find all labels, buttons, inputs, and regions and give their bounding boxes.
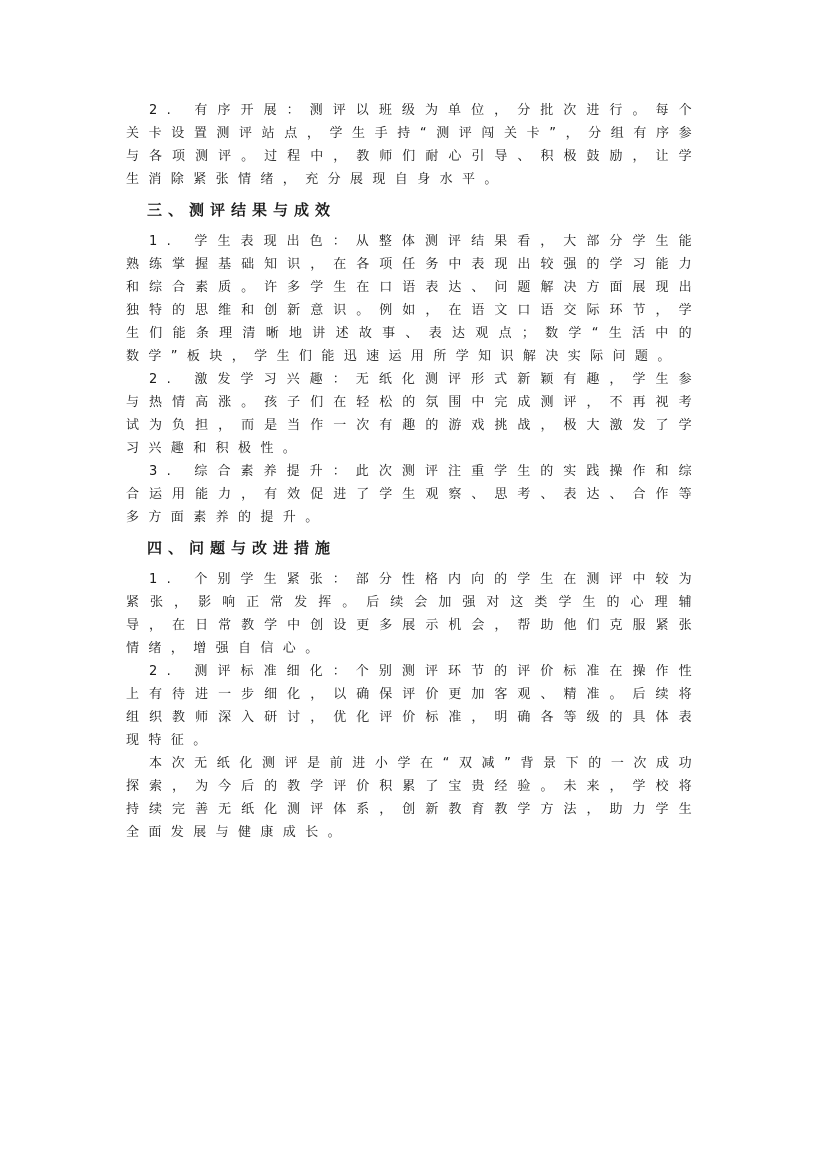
paragraph-orderly-conduct: 2. 有序开展：测评以班级为单位，分批次进行。每个关卡设置测评站点，学生手持“测… <box>126 99 701 191</box>
paragraph-literacy-improvement: 3. 综合素养提升：此次测评注重学生的实践操作和综合运用能力，有效促进了学生观察… <box>126 460 701 529</box>
paragraph-student-performance: 1. 学生表现出色：从整体测评结果看，大部分学生能熟练掌握基础知识，在各项任务中… <box>126 230 701 368</box>
document-page: 2. 有序开展：测评以班级为单位，分批次进行。每个关卡设置测评站点，学生手持“测… <box>126 99 701 844</box>
paragraph-standard-refinement: 2. 测评标准细化：个别测评环节的评价标准在操作性上有待进一步细化，以确保评价更… <box>126 660 701 752</box>
section-heading-problems: 四、问题与改进措施 <box>126 537 701 560</box>
section-heading-results: 三、测评结果与成效 <box>126 199 701 222</box>
paragraph-conclusion: 本次无纸化测评是前进小学在“双减”背景下的一次成功探索，为今后的教学评价积累了宝… <box>126 752 701 844</box>
paragraph-student-nervousness: 1. 个别学生紧张：部分性格内向的学生在测评中较为紧张，影响正常发挥。后续会加强… <box>126 568 701 660</box>
paragraph-learning-interest: 2. 激发学习兴趣：无纸化测评形式新颖有趣，学生参与热情高涨。孩子们在轻松的氛围… <box>126 368 701 460</box>
